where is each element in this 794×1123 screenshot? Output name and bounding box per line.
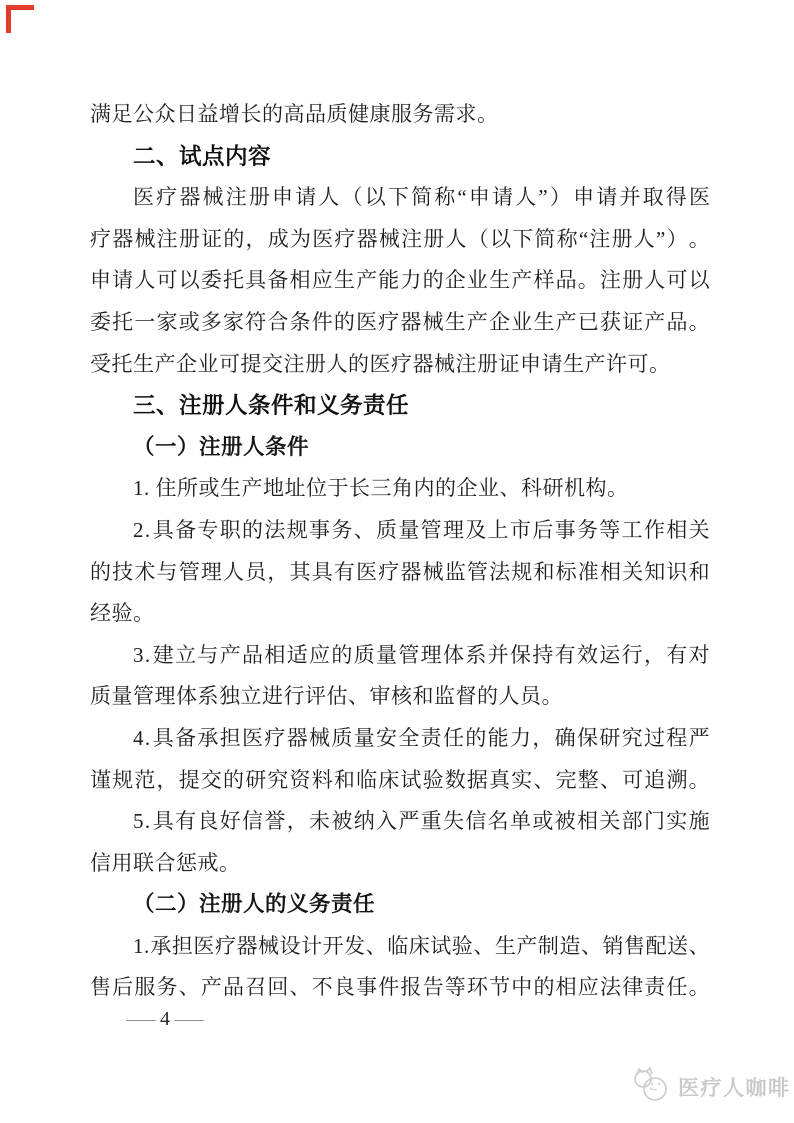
text-line: 申请人可以委托具备相应生产能力的企业生产样品。注册人可以 <box>90 260 710 302</box>
text-line: 1. 承担医疗器械设计开发、临床试验、生产制造、销售配送、 <box>90 926 710 968</box>
text-line: 5. 具有良好信誉，未被纳入严重失信名单或被相关部门实施 <box>90 801 710 843</box>
text-line: 医疗器械注册申请人（以下简称“申请人”）申请并取得医 <box>90 177 710 219</box>
text-line: 3. 建立与产品相适应的质量管理体系并保持有效运行，有对 <box>90 635 710 677</box>
sub-heading: （一）注册人条件 <box>90 427 710 469</box>
footer-right-dash: — <box>175 1004 204 1034</box>
text-line: 的技术与管理人员，其具有医疗器械监管法规和标准相关知识和 <box>90 552 710 594</box>
text-line: 售后服务、产品召回、不良事件报告等环节中的相应法律责任。 <box>90 967 710 1009</box>
text-line: 疗器械注册证的，成为医疗器械注册人（以下简称“注册人”）。 <box>90 219 710 261</box>
text-line: 受托生产企业可提交注册人的医疗器械注册证申请生产许可。 <box>90 344 710 386</box>
text-line: 经验。 <box>90 593 710 635</box>
page-footer: —4— <box>124 1004 206 1034</box>
page-number: 4 <box>158 1004 172 1034</box>
sub-heading: （二）注册人的义务责任 <box>90 884 710 926</box>
text-line: 谨规范，提交的研究资料和临床试验数据真实、完整、可追溯。 <box>90 760 710 802</box>
document-lines: 满足公众日益增长的高品质健康服务需求。二、试点内容医疗器械注册申请人（以下简称“… <box>90 94 710 1009</box>
section-heading: 三、注册人条件和义务责任 <box>90 385 710 427</box>
text-line: 信用联合惩戒。 <box>90 843 710 885</box>
document-body: 满足公众日益增长的高品质健康服务需求。二、试点内容医疗器械注册申请人（以下简称“… <box>90 94 710 1009</box>
text-line: 2. 具备专职的法规事务、质量管理及上市后事务等工作相关 <box>90 510 710 552</box>
text-line: 1. 住所或生产地址位于长三角内的企业、科研机构。 <box>90 468 710 510</box>
text-line: 满足公众日益增长的高品质健康服务需求。 <box>90 94 710 136</box>
red-corner-crop-mark <box>6 5 34 33</box>
cat-coffee-icon <box>630 1066 670 1107</box>
watermark-text: 医疗人咖啡 <box>678 1072 791 1102</box>
footer-left-dash: — <box>127 1004 156 1034</box>
text-line: 4. 具备承担医疗器械质量安全责任的能力，确保研究过程严 <box>90 718 710 760</box>
watermark: 医疗人咖啡 <box>630 1066 791 1107</box>
document-page: 满足公众日益增长的高品质健康服务需求。二、试点内容医疗器械注册申请人（以下简称“… <box>0 0 794 1123</box>
text-line: 质量管理体系独立进行评估、审核和监督的人员。 <box>90 676 710 718</box>
section-heading: 二、试点内容 <box>90 136 710 178</box>
text-line: 委托一家或多家符合条件的医疗器械生产企业生产已获证产品。 <box>90 302 710 344</box>
